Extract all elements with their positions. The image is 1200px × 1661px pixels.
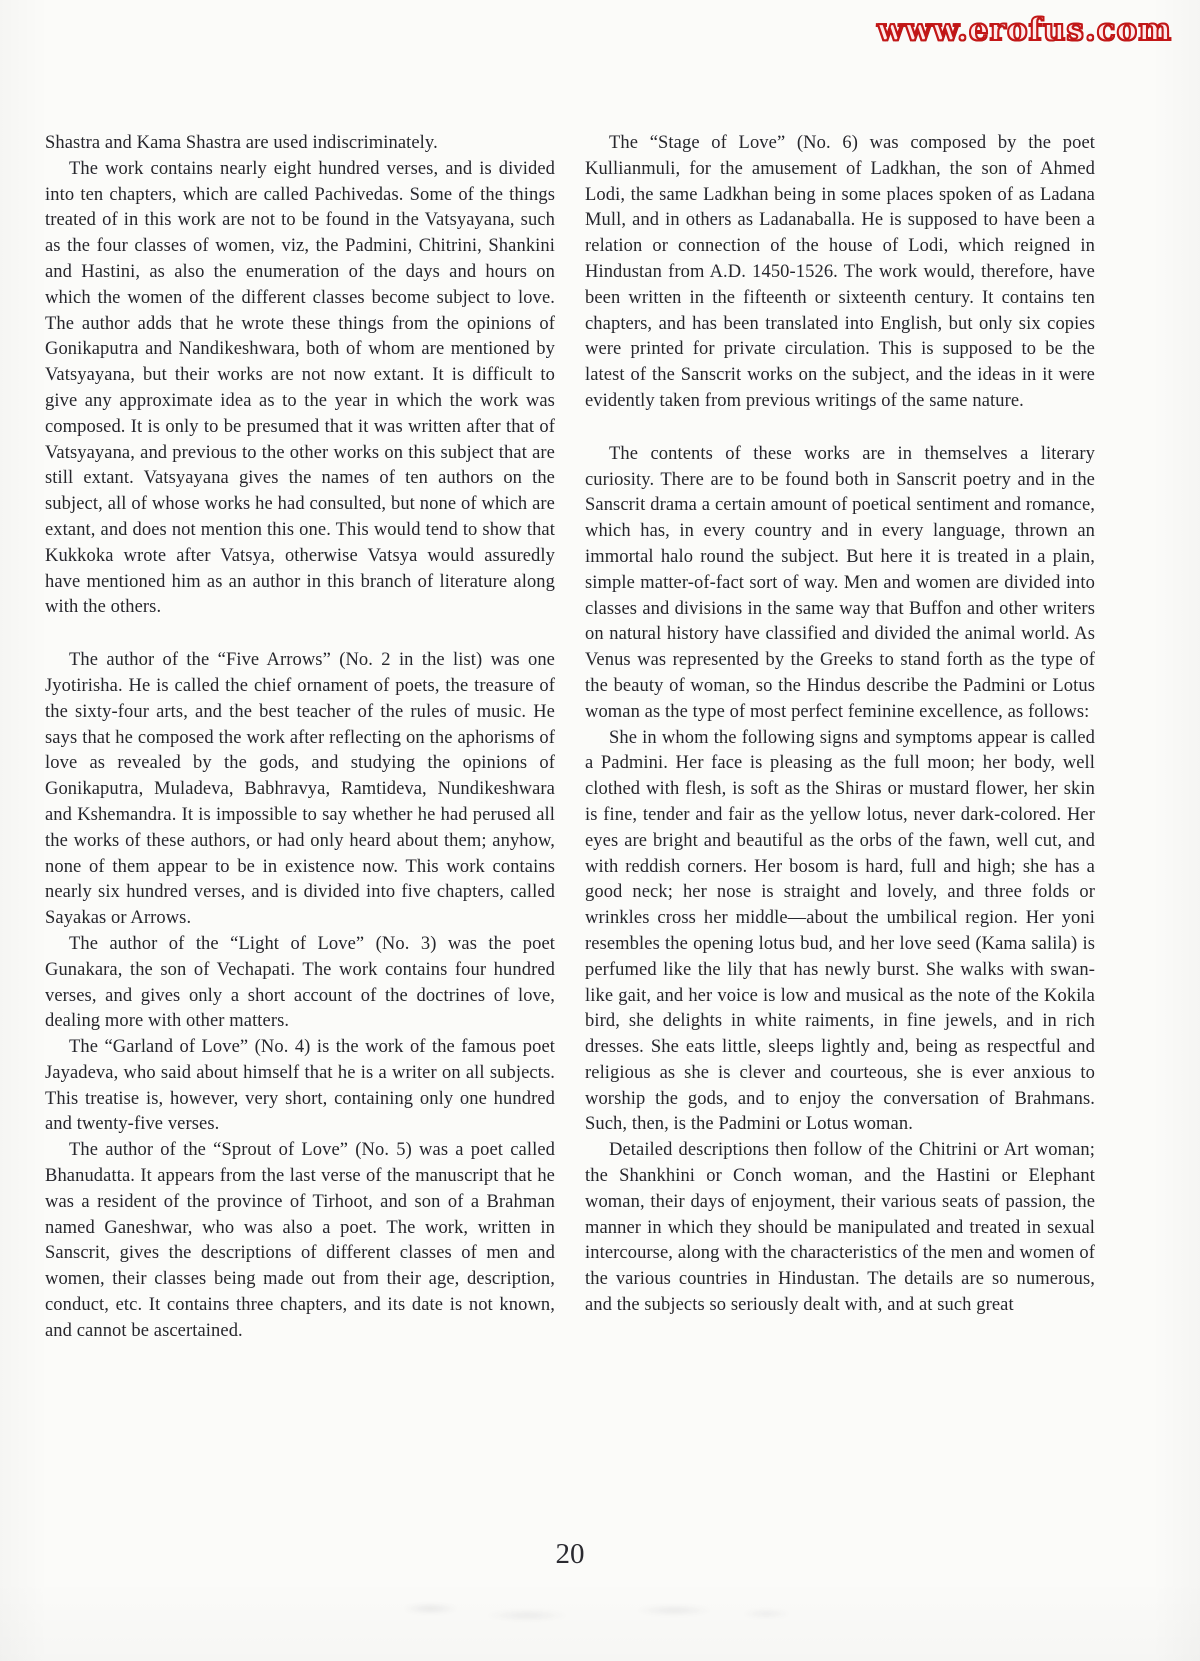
scan-bleedthrough-artifact <box>380 1595 800 1629</box>
paragraph: The “Stage of Love” (No. 6) was composed… <box>585 131 1095 415</box>
paragraph: The author of the “Sprout of Love” (No. … <box>45 1138 555 1344</box>
right-text-column: The “Stage of Love” (No. 6) was composed… <box>585 131 1095 1345</box>
watermark-text: www.erofus.com <box>877 12 1172 48</box>
paragraph: She in whom the following signs and symp… <box>585 726 1095 1139</box>
paragraph: Shastra and Kama Shastra are used indisc… <box>45 131 555 157</box>
paragraph: The author of the “Five Arrows” (No. 2 i… <box>45 648 555 932</box>
text-columns: Shastra and Kama Shastra are used indisc… <box>45 131 1095 1345</box>
paragraph: Detailed descriptions then follow of the… <box>585 1138 1095 1319</box>
book-page: www.erofus.com Shastra and Kama Shastra … <box>0 0 1200 1661</box>
left-text-column: Shastra and Kama Shastra are used indisc… <box>45 131 555 1345</box>
page-number: 20 <box>45 1538 1095 1571</box>
paragraph: The “Garland of Love” (No. 4) is the wor… <box>45 1035 555 1138</box>
paragraph: The author of the “Light of Love” (No. 3… <box>45 932 555 1035</box>
paragraph: The contents of these works are in thems… <box>585 442 1095 726</box>
paragraph: The work contains nearly eight hundred v… <box>45 157 555 621</box>
